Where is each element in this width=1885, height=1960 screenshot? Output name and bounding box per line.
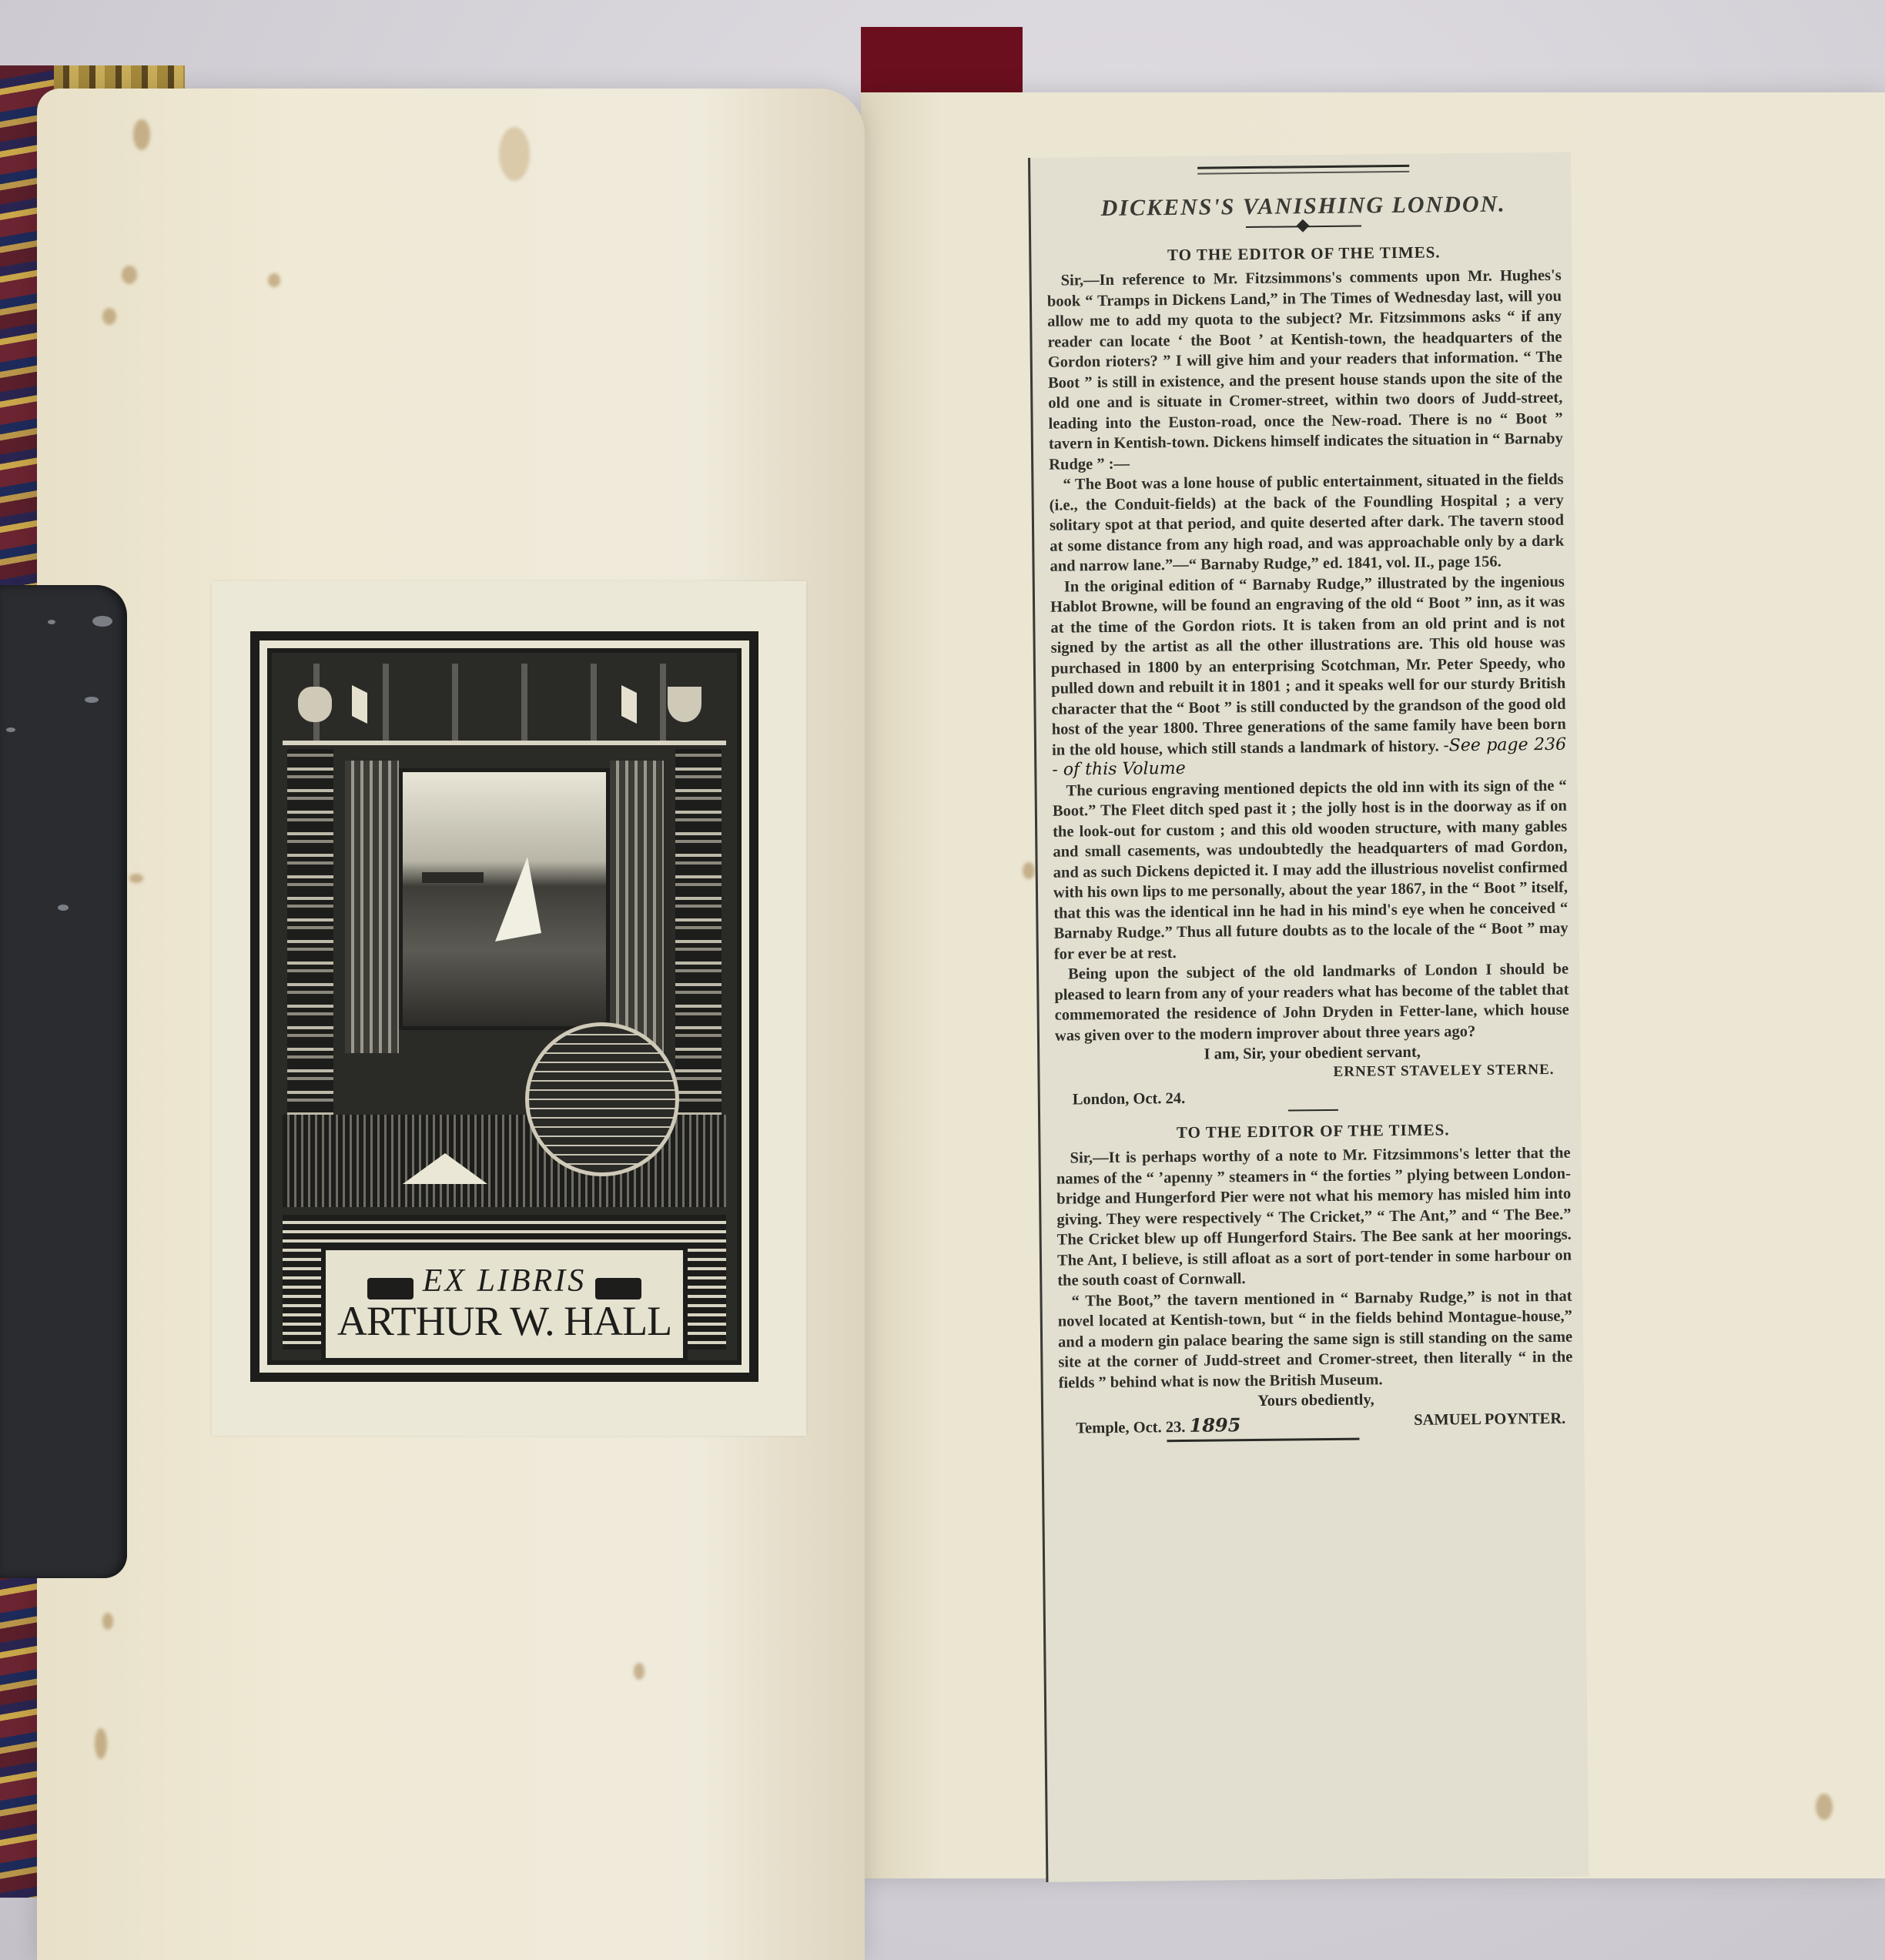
bookshelf-left [287,749,333,1149]
foxing-spot [499,127,530,181]
bookplate: EX LIBRIS ARTHUR W. HALL [250,631,758,1382]
letter-paragraph: In the original edition of “ Barnaby Rud… [1050,571,1567,781]
curtain-left [345,761,399,1053]
ownership-label: EX LIBRIS ARTHUR W. HALL [321,1246,688,1363]
foxing-spot [129,874,143,883]
handwritten-underline [1167,1438,1359,1445]
letter-signoff-row: Temple, Oct. 23. 1895 SAMUEL POYNTER. [1076,1410,1565,1438]
letter-place-date: Temple, Oct. 23. 1895 [1076,1413,1240,1437]
letter-paragraph: Sir,—It is perhaps worthy of a note to M… [1056,1143,1572,1291]
foxing-spot [102,1613,113,1630]
section-rule [1287,1109,1338,1112]
owner-name: ARTHUR W. HALL [337,1299,671,1343]
foxing-spot [95,1728,107,1759]
scroll-ornament-icon [367,1278,413,1299]
window-sea-view [399,768,610,1030]
globe-icon [525,1022,679,1176]
letter-2: TO THE EDITOR OF THE TIMES. Sir,—It is p… [1056,1119,1573,1446]
headline: DICKENS'S VANISHING LONDON. [1046,191,1561,222]
foxing-spot [1023,862,1035,879]
foxing-spot [634,1663,645,1680]
letter-header: TO THE EDITOR OF THE TIMES. [1056,1119,1570,1144]
letter-paragraph: “ The Boot,” the tavern mentioned in “ B… [1057,1286,1572,1393]
curtain-right [610,761,664,1053]
steamship-icon [422,872,484,883]
newspaper-clipping: DICKENS'S VANISHING LONDON. TO THE EDITO… [1028,152,1589,1882]
sailboat-icon [495,857,541,942]
foxing-spot [122,266,137,284]
diamond-rule [1246,225,1361,228]
scroll-ornament-icon [595,1278,641,1299]
urn-icon [298,687,332,722]
foxing-spot [1816,1794,1833,1820]
letter-place-date: London, Oct. 24. [1073,1086,1570,1109]
letter-paragraph: Being upon the subject of the old landma… [1054,959,1569,1046]
frieze-ornament [283,664,726,745]
book-clip-weight [0,585,127,1578]
axe-icon [621,685,637,724]
bookshelf-right [675,749,722,1149]
handwritten-year: 1895 [1189,1413,1240,1437]
letter-quote: “ The Boot was a lone house of public en… [1049,470,1564,577]
letter-paragraph: The curious engraving mentioned depicts … [1052,775,1568,964]
letter-paragraph: Sir,—In reference to Mr. Fitzsimmons's c… [1047,266,1564,475]
lamp-icon [668,687,701,722]
letter-1: TO THE EDITOR OF THE TIMES. Sir,—In refe… [1046,242,1570,1109]
letter-signature: SAMUEL POYNTER. [1414,1410,1565,1434]
bookplate-engraving: EX LIBRIS ARTHUR W. HALL [267,648,742,1365]
axe-icon [352,685,367,724]
top-rule [1197,165,1409,175]
ex-libris-text: EX LIBRIS [423,1263,586,1299]
foxing-spot [102,308,116,325]
label-plinth: EX LIBRIS ARTHUR W. HALL [283,1215,726,1350]
letter-header: TO THE EDITOR OF THE TIMES. [1046,242,1561,266]
letter-signature: ERNEST STAVELEY STERNE. [1055,1062,1554,1084]
foxing-spot [133,119,150,150]
letter-closing: Yours obediently, [1059,1390,1573,1413]
foxing-spot [268,273,280,287]
